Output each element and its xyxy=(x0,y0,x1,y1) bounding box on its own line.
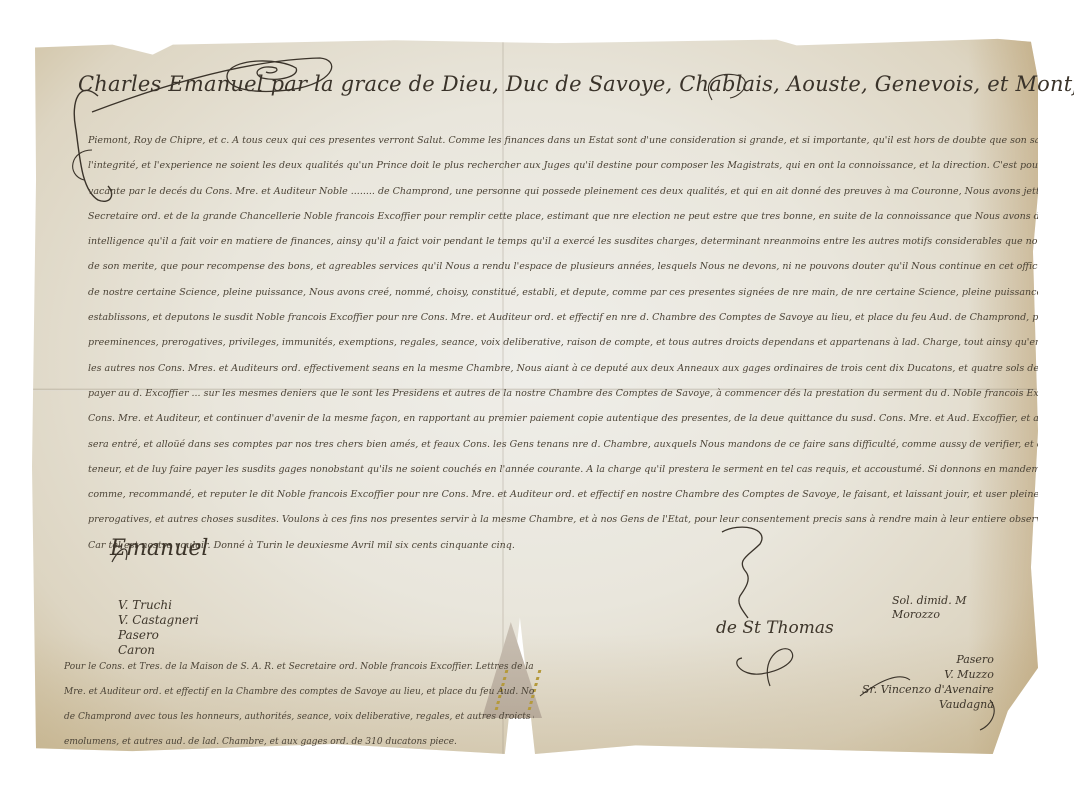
registry-line: de Champrond avec tous les honneurs, aut… xyxy=(64,705,534,730)
body-line: comme, recommandé, et reputer le dit Nob… xyxy=(88,482,1038,507)
body-line: establissons, et deputons le susdit Nobl… xyxy=(88,305,1038,330)
secretary-signature: de St Thomas xyxy=(716,618,834,638)
registry-line: Mre. et Auditeur ord. et effectif en la … xyxy=(64,680,534,705)
body-line: payer au d. Excoffier ... sur les mesmes… xyxy=(88,381,1038,406)
body-line: preeminences, prerogatives, privileges, … xyxy=(88,330,1038,355)
duke-signature: Emanuel xyxy=(110,536,208,561)
body-line: vacante par le decés du Cons. Mre. et Au… xyxy=(88,179,1038,204)
body-line: de son merite, que pour recompense des b… xyxy=(88,254,1038,279)
countersign: Pasero xyxy=(118,628,199,643)
countersign: V. Castagneri xyxy=(118,613,199,628)
body-line: Secretaire ord. et de la grande Chancell… xyxy=(88,204,1038,229)
signature-line: Vaudagna xyxy=(862,697,994,712)
body-line: intelligence qu'il a fait voir en matier… xyxy=(88,229,1038,254)
body-line: Piemont, Roy de Chipre, et c. A tous ceu… xyxy=(88,128,1038,153)
signature-line: Pasero xyxy=(862,652,994,667)
dating-clause: Car tel est nostre vouloir. Donné à Turi… xyxy=(88,533,1038,558)
signature-line: Morozzo xyxy=(892,608,966,622)
signature-line: Sr. Vincenzo d'Avenaire xyxy=(862,682,994,697)
body-line: de nostre certaine Science, pleine puiss… xyxy=(88,280,1038,305)
body-line: l'integrité, et l'experience ne soient l… xyxy=(88,153,1038,178)
document-body: Piemont, Roy de Chipre, et c. A tous ceu… xyxy=(88,128,1038,558)
body-line: sera entré, et alloüé dans ses comptes p… xyxy=(88,432,1038,457)
registry-line: emolumens, et autres aud. de lad. Chambr… xyxy=(64,730,534,755)
body-line: Cons. Mre. et Auditeur, et continuer d'a… xyxy=(88,406,1038,431)
signature-line: V. Muzzo xyxy=(862,667,994,682)
left-countersignatures: V. Truchi V. Castagneri Pasero Caron xyxy=(118,598,199,658)
body-line: prerogatives, et autres choses susdites.… xyxy=(88,507,1038,532)
signature-line: Sol. dimid. M xyxy=(892,594,966,608)
document-heading: Charles Emanuel par la grace de Dieu, Du… xyxy=(78,72,1038,96)
registry-note: Pour le Cons. et Tres. de la Maison de S… xyxy=(64,655,534,755)
registry-line: Pour le Cons. et Tres. de la Maison de S… xyxy=(64,655,534,680)
body-line: les autres nos Cons. Mres. et Auditeurs … xyxy=(88,356,1038,381)
countersign: V. Truchi xyxy=(118,598,199,613)
body-line: teneur, et de luy faire payer les susdit… xyxy=(88,457,1038,482)
right-lower-signatures: Pasero V. Muzzo Sr. Vincenzo d'Avenaire … xyxy=(862,652,994,712)
right-upper-signatures: Sol. dimid. M Morozzo xyxy=(892,594,966,622)
